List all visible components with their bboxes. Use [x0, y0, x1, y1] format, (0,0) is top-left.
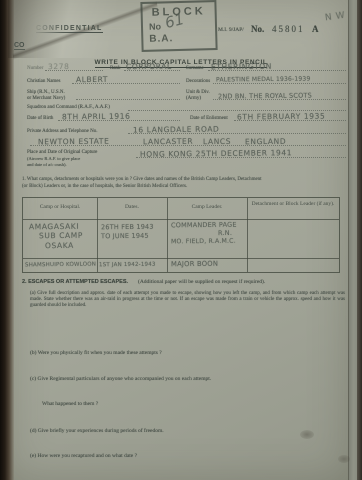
row1-dates-line2: TO JUNE 1945 [101, 232, 149, 241]
row1-camp-line3: OSAKA [45, 241, 74, 250]
stamp-ba-text: B.A. [149, 33, 173, 45]
number-label: Number [27, 66, 43, 72]
section2-item-e: (e) How were you recaptured and on what … [30, 453, 137, 459]
row2-dates: 1ST JAN 1942-1943 [99, 262, 156, 269]
question1-line2: (or Block) Leaders or, in the case of ho… [22, 184, 344, 190]
section2-item-d: (d) Give briefly your experiences during… [30, 428, 164, 434]
squadron-label: Squadron and Command (R.A.F., A.A.F.) [27, 105, 110, 111]
section2-item-b: (b) Were you physically fit when you mad… [30, 350, 162, 356]
ship-label-line2: or Merchant Navy) [27, 96, 65, 102]
unit-div-label-line1: Unit & Div. [186, 90, 210, 96]
question1-line1: 1. What camps, detachments or hospitals … [22, 177, 344, 183]
rank-label: Rank [110, 66, 121, 72]
table-header-block-leader: Detachment or Block Leader (if any). [249, 201, 337, 207]
no-label: No. [251, 24, 264, 34]
section2-heading-note: (Additional paper will be supplied on re… [138, 279, 265, 285]
row1-leader-line3: MO. FIELD, R.A.M.C. [171, 238, 236, 246]
book-binding [0, 0, 14, 480]
capture-sublabel-line1: (Aircrew R.A.F. to give place [27, 156, 80, 161]
table-column-divider [97, 198, 98, 272]
dob-label: Date of Birth [27, 116, 53, 122]
enlistment-label: Date of Enlistment [190, 116, 228, 122]
ref-prefix: M.I. 9/JAP/ [218, 28, 244, 34]
row1-leader-line2: R.N. [218, 229, 232, 237]
table-row-divider [23, 258, 339, 259]
table-column-divider [167, 198, 168, 272]
section2-item-c: (c) Give Regimental particulars of anyon… [30, 376, 211, 382]
address-label: Private Address and Telephone No. [27, 129, 98, 135]
row1-dates-line1: 26TH FEB 1943 [101, 223, 154, 232]
serial-number: 45801 [272, 24, 305, 34]
serial-suffix: A [312, 24, 319, 34]
section2-heading: 2. ESCAPES OR ATTEMPTED ESCAPES. [22, 279, 128, 285]
row1-camp-line2: SUB CAMP [39, 231, 83, 240]
row2-leader: MAJOR BOON [171, 260, 218, 268]
section2-item-a: (a) Give full description and approx. da… [30, 291, 345, 310]
scan-edge [357, 0, 362, 480]
capture-label: Place and Date of Original Capture [27, 150, 97, 156]
surname-label: Surname [186, 66, 204, 72]
confidential-marking: CONFIDENTIAL [36, 25, 103, 33]
capture-sublabel-line2: and date of a/c crash). [27, 162, 67, 167]
table-header-dates: Dates. [99, 204, 165, 210]
table-column-divider [247, 198, 248, 272]
table-header-divider [23, 219, 339, 220]
table-header-camp: Camp or Hospital. [25, 204, 95, 210]
row1-camp-line1: AMAGASAKI [29, 222, 79, 232]
christian-names-label: Christian Names [27, 79, 60, 85]
row2-camp: SHAMSHUIPO KOWLOON [25, 262, 96, 269]
section2-item-c2: What happened to them ? [42, 401, 98, 407]
camps-table: Camp or Hospital. Dates. Camp Leader. De… [22, 197, 340, 273]
ship-label-line1: Ship (R.N., U.S.N. [27, 90, 65, 96]
confidential-fold-fragment: CO [14, 42, 25, 50]
decorations-label: Decorations [186, 79, 210, 85]
stamp-no-text: No [149, 21, 161, 31]
table-header-leader: Camp Leader. [169, 204, 245, 210]
unit-div-label-line2: (Army) [186, 96, 201, 102]
